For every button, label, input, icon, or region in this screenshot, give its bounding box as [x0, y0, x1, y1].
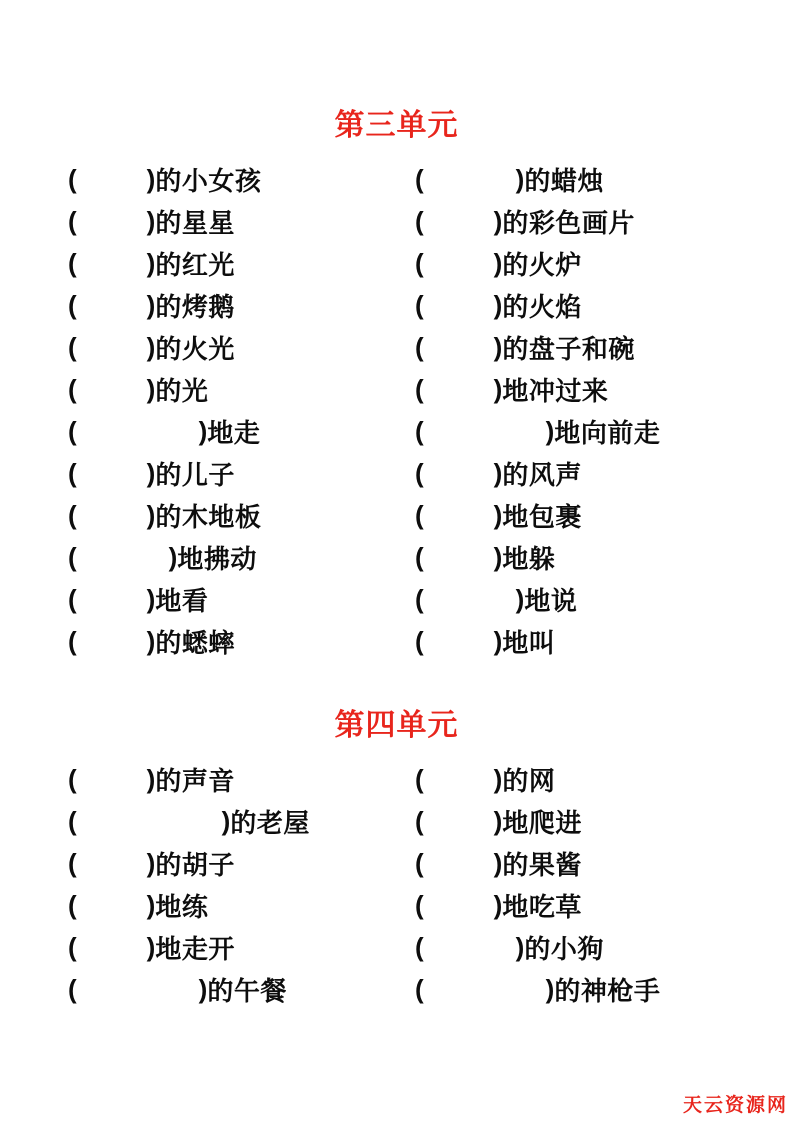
fill-blank-item: ()的小女孩 [68, 158, 415, 200]
section-title: 第四单元 [0, 706, 793, 746]
fill-blank-item: ()的儿子 [68, 452, 415, 494]
close-paren-text: ) [494, 290, 503, 321]
fill-blank-item: ()的火炉 [415, 242, 793, 284]
answer-blank[interactable] [77, 347, 147, 348]
answer-blank[interactable] [77, 473, 147, 474]
fill-blank-item: ()的午餐 [68, 968, 415, 1010]
fill-blank-item: ()的火焰 [415, 284, 793, 326]
fill-blank-item: ()地看 [68, 578, 415, 620]
close-paren-text: ) [494, 248, 503, 279]
fill-blank-item: ()的蟋蟀 [68, 620, 415, 662]
open-paren-text: ( [415, 542, 424, 573]
phrase-text: 的小狗 [524, 929, 604, 966]
phrase-text: 地包裹 [502, 497, 582, 534]
answer-blank[interactable] [424, 863, 494, 864]
open-paren-text: ( [68, 290, 77, 321]
answer-blank[interactable] [77, 389, 147, 390]
answer-blank[interactable] [77, 989, 199, 990]
close-paren-text: ) [494, 458, 503, 489]
fill-blank-item: ()的神枪手 [415, 968, 793, 1010]
open-paren-text: ( [68, 500, 77, 531]
fill-blank-item: ()的风声 [415, 452, 793, 494]
fill-blank-item: ()地拂动 [68, 536, 415, 578]
section-unit-4: 第四单元 ()的声音()的网()的老屋()地爬进()的胡子()的果酱()地练()… [0, 706, 793, 1010]
open-paren-text: ( [415, 806, 424, 837]
answer-blank[interactable] [77, 905, 147, 906]
close-paren-text: ) [147, 206, 156, 237]
answer-blank[interactable] [424, 179, 516, 180]
phrase-text: 地说 [524, 581, 577, 618]
phrase-text: 的盘子和碗 [502, 329, 635, 366]
phrase-text: 地走开 [155, 929, 235, 966]
fill-blank-item: ()的烤鹅 [68, 284, 415, 326]
phrase-text: 地叫 [502, 623, 555, 660]
open-paren-text: ( [68, 806, 77, 837]
open-paren-text: ( [68, 626, 77, 657]
close-paren-text: ) [494, 542, 503, 573]
answer-blank[interactable] [77, 515, 147, 516]
open-paren-text: ( [415, 626, 424, 657]
open-paren-text: ( [68, 542, 77, 573]
answer-blank[interactable] [77, 947, 147, 948]
close-paren-text: ) [147, 248, 156, 279]
section-title: 第三单元 [0, 106, 793, 146]
items-grid: ()的声音()的网()的老屋()地爬进()的胡子()的果酱()地练()地吃草()… [0, 758, 793, 1010]
open-paren-text: ( [68, 932, 77, 963]
answer-blank[interactable] [424, 821, 494, 822]
answer-blank[interactable] [77, 179, 147, 180]
fill-blank-item: ()的星星 [68, 200, 415, 242]
open-paren-text: ( [68, 584, 77, 615]
fill-blank-item: ()的胡子 [68, 842, 415, 884]
phrase-text: 地拂动 [177, 539, 257, 576]
answer-blank[interactable] [424, 221, 494, 222]
phrase-text: 地向前走 [554, 413, 660, 450]
phrase-text: 地走 [207, 413, 260, 450]
answer-blank[interactable] [77, 599, 147, 600]
answer-blank[interactable] [77, 557, 169, 558]
phrase-text: 的老屋 [230, 803, 310, 840]
fill-blank-item: ()的火光 [68, 326, 415, 368]
answer-blank[interactable] [424, 347, 494, 348]
answer-blank[interactable] [424, 557, 494, 558]
phrase-text: 的网 [502, 761, 555, 798]
fill-blank-item: ()的果酱 [415, 842, 793, 884]
answer-blank[interactable] [77, 821, 222, 822]
fill-blank-item: ()地走 [68, 410, 415, 452]
close-paren-text: ) [494, 806, 503, 837]
phrase-text: 地爬进 [502, 803, 582, 840]
open-paren-text: ( [68, 458, 77, 489]
close-paren-text: ) [516, 932, 525, 963]
close-paren-text: ) [494, 890, 503, 921]
open-paren-text: ( [415, 290, 424, 321]
close-paren-text: ) [199, 974, 208, 1005]
close-paren-text: ) [546, 416, 555, 447]
close-paren-text: ) [147, 500, 156, 531]
open-paren-text: ( [415, 206, 424, 237]
answer-blank[interactable] [424, 989, 546, 990]
close-paren-text: ) [169, 542, 178, 573]
fill-blank-item: ()的蜡烛 [415, 158, 793, 200]
answer-blank[interactable] [77, 263, 147, 264]
close-paren-text: ) [516, 584, 525, 615]
phrase-text: 的蜡烛 [524, 161, 604, 198]
answer-blank[interactable] [424, 431, 546, 432]
answer-blank[interactable] [77, 863, 147, 864]
open-paren-text: ( [68, 374, 77, 405]
phrase-text: 的果酱 [502, 845, 582, 882]
answer-blank[interactable] [424, 305, 494, 306]
close-paren-text: ) [494, 500, 503, 531]
phrase-text: 的火焰 [502, 287, 582, 324]
phrase-text: 地吃草 [502, 887, 582, 924]
phrase-text: 的红光 [155, 245, 235, 282]
phrase-text: 地练 [155, 887, 208, 924]
close-paren-text: ) [494, 626, 503, 657]
open-paren-text: ( [68, 764, 77, 795]
open-paren-text: ( [415, 458, 424, 489]
close-paren-text: ) [494, 332, 503, 363]
phrase-text: 的神枪手 [554, 971, 660, 1008]
open-paren-text: ( [415, 584, 424, 615]
open-paren-text: ( [415, 374, 424, 405]
fill-blank-item: ()的彩色画片 [415, 200, 793, 242]
open-paren-text: ( [415, 248, 424, 279]
phrase-text: 的胡子 [155, 845, 235, 882]
answer-blank[interactable] [424, 389, 494, 390]
close-paren-text: ) [147, 332, 156, 363]
fill-blank-item: ()地躲 [415, 536, 793, 578]
phrase-text: 的午餐 [207, 971, 287, 1008]
open-paren-text: ( [68, 890, 77, 921]
answer-blank[interactable] [424, 473, 494, 474]
open-paren-text: ( [68, 206, 77, 237]
open-paren-text: ( [415, 164, 424, 195]
close-paren-text: ) [147, 584, 156, 615]
phrase-text: 的蟋蟀 [155, 623, 235, 660]
fill-blank-item: ()的小狗 [415, 926, 793, 968]
fill-blank-item: ()地练 [68, 884, 415, 926]
answer-blank[interactable] [424, 905, 494, 906]
fill-blank-item: ()地向前走 [415, 410, 793, 452]
phrase-text: 的木地板 [155, 497, 261, 534]
fill-blank-item: ()的老屋 [68, 800, 415, 842]
answer-blank[interactable] [424, 515, 494, 516]
open-paren-text: ( [415, 764, 424, 795]
open-paren-text: ( [68, 248, 77, 279]
close-paren-text: ) [147, 932, 156, 963]
phrase-text: 的儿子 [155, 455, 235, 492]
open-paren-text: ( [415, 848, 424, 879]
answer-blank[interactable] [424, 263, 494, 264]
open-paren-text: ( [415, 500, 424, 531]
fill-blank-item: ()的盘子和碗 [415, 326, 793, 368]
phrase-text: 的火炉 [502, 245, 582, 282]
open-paren-text: ( [415, 416, 424, 447]
close-paren-text: ) [147, 626, 156, 657]
answer-blank[interactable] [77, 641, 147, 642]
phrase-text: 的烤鹅 [155, 287, 235, 324]
fill-blank-item: ()的光 [68, 368, 415, 410]
phrase-text: 的小女孩 [155, 161, 261, 198]
fill-blank-item: ()地吃草 [415, 884, 793, 926]
close-paren-text: ) [147, 848, 156, 879]
fill-blank-item: ()地爬进 [415, 800, 793, 842]
close-paren-text: ) [494, 764, 503, 795]
open-paren-text: ( [68, 974, 77, 1005]
fill-blank-item: ()地说 [415, 578, 793, 620]
answer-blank[interactable] [77, 221, 147, 222]
open-paren-text: ( [68, 164, 77, 195]
fill-blank-item: ()地冲过来 [415, 368, 793, 410]
close-paren-text: ) [147, 458, 156, 489]
answer-blank[interactable] [77, 305, 147, 306]
worksheet-page: 第三单元 ()的小女孩()的蜡烛()的星星()的彩色画片()的红光()的火炉()… [0, 0, 793, 1122]
close-paren-text: ) [516, 164, 525, 195]
answer-blank[interactable] [77, 431, 199, 432]
fill-blank-item: ()地叫 [415, 620, 793, 662]
fill-blank-item: ()地走开 [68, 926, 415, 968]
close-paren-text: ) [494, 848, 503, 879]
close-paren-text: ) [494, 374, 503, 405]
fill-blank-item: ()的声音 [68, 758, 415, 800]
open-paren-text: ( [415, 974, 424, 1005]
close-paren-text: ) [147, 290, 156, 321]
open-paren-text: ( [415, 332, 424, 363]
phrase-text: 地看 [155, 581, 208, 618]
fill-blank-item: ()的木地板 [68, 494, 415, 536]
phrase-text: 的光 [155, 371, 208, 408]
phrase-text: 地冲过来 [502, 371, 608, 408]
watermark: 天云资源网 [683, 1090, 788, 1117]
open-paren-text: ( [68, 416, 77, 447]
open-paren-text: ( [415, 932, 424, 963]
phrase-text: 的火光 [155, 329, 235, 366]
close-paren-text: ) [147, 890, 156, 921]
answer-blank[interactable] [424, 641, 494, 642]
answer-blank[interactable] [424, 779, 494, 780]
items-grid: ()的小女孩()的蜡烛()的星星()的彩色画片()的红光()的火炉()的烤鹅()… [0, 158, 793, 662]
phrase-text: 地躲 [502, 539, 555, 576]
fill-blank-item: ()的网 [415, 758, 793, 800]
fill-blank-item: ()地包裹 [415, 494, 793, 536]
close-paren-text: ) [147, 164, 156, 195]
phrase-text: 的风声 [502, 455, 582, 492]
phrase-text: 的星星 [155, 203, 235, 240]
close-paren-text: ) [147, 374, 156, 405]
section-unit-3: 第三单元 ()的小女孩()的蜡烛()的星星()的彩色画片()的红光()的火炉()… [0, 106, 793, 662]
phrase-text: 的声音 [155, 761, 235, 798]
answer-blank[interactable] [424, 947, 516, 948]
phrase-text: 的彩色画片 [502, 203, 635, 240]
close-paren-text: ) [147, 764, 156, 795]
answer-blank[interactable] [424, 599, 516, 600]
close-paren-text: ) [199, 416, 208, 447]
answer-blank[interactable] [77, 779, 147, 780]
open-paren-text: ( [415, 890, 424, 921]
close-paren-text: ) [546, 974, 555, 1005]
fill-blank-item: ()的红光 [68, 242, 415, 284]
open-paren-text: ( [68, 848, 77, 879]
close-paren-text: ) [494, 206, 503, 237]
open-paren-text: ( [68, 332, 77, 363]
close-paren-text: ) [222, 806, 231, 837]
